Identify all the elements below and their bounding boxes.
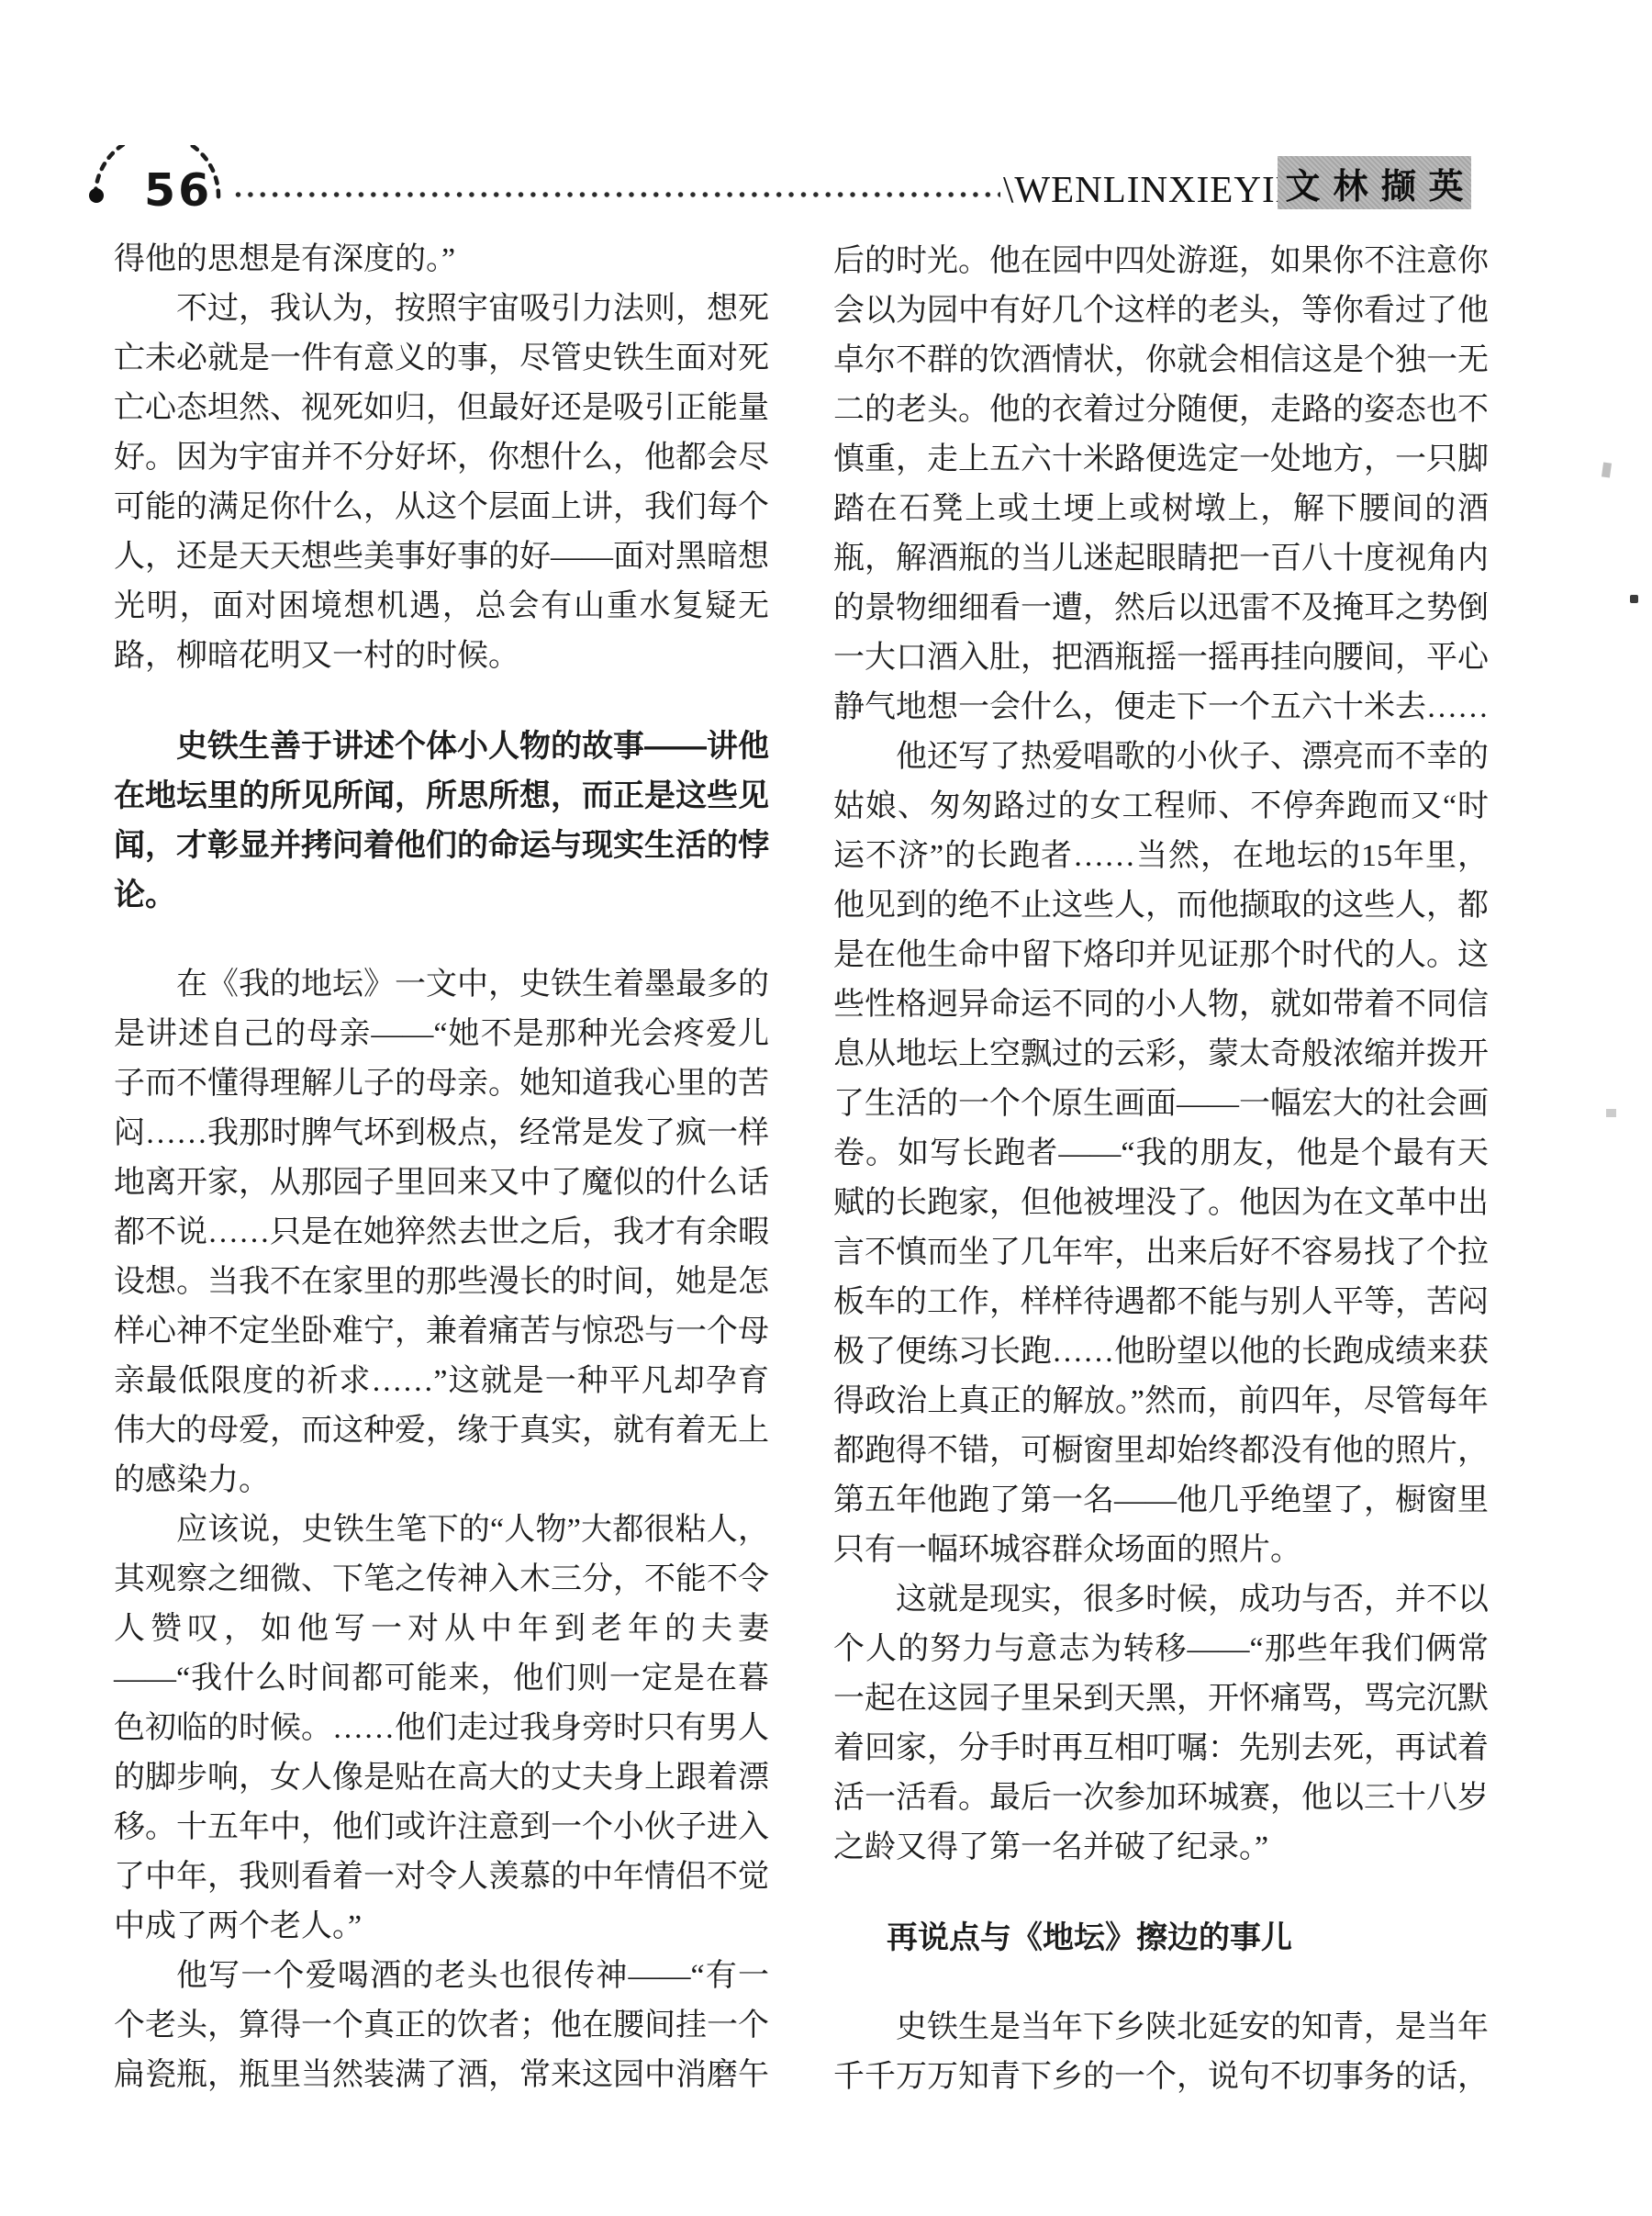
paragraph: 应该说，史铁生笔下的“人物”大都很粘人，其观察之细微、下笔之传神入木三分，不能不… (114, 1505, 769, 1952)
paragraph: 他还写了热爱唱歌的小伙子、漂亮而不幸的姑娘、匆匆路过的女工程师、不停奔跑而又“时… (833, 733, 1489, 1575)
dotted-leader (235, 191, 1000, 198)
magazine-page: 56 \WENLINXIEYING 文林撷英 得他的思想是有深度的。”不过，我认… (0, 0, 1652, 2216)
page-number: 56 (144, 164, 212, 217)
subheading: 再说点与《地坛》擦边的事儿 (833, 1913, 1489, 1963)
right-column: 后的时光。他在园中四处游逛，如果你不注意你会以为园中有好几个这样的老头，等你看过… (833, 237, 1489, 2102)
paragraph: 这就是现实，很多时候，成功与否，并不以个人的努力与意志为转移——“那些年我们俩常… (833, 1575, 1489, 1873)
paragraph: 得他的思想是有深度的。” (114, 235, 769, 285)
section-title: 文林撷英 (1273, 158, 1477, 208)
paragraph: 不过，我认为，按照宇宙吸引力法则，想死亡未必就是一件有意义的事，尽管史铁生面对死… (114, 285, 769, 681)
scan-artifact (1630, 595, 1638, 603)
paragraph: 他写一个爱喝酒的老头也很传神——“有一个老头，算得一个真正的饮者；他在腰间挂一个… (114, 1952, 769, 2100)
left-column: 得他的思想是有深度的。”不过，我认为，按照宇宙吸引力法则，想死亡未必就是一件有意… (114, 235, 769, 2100)
paragraph: 史铁生是当年下乡陕北延安的知青，是当年千千万万知青下乡的一个，说句不切事务的话， (833, 2003, 1489, 2102)
scan-artifact (1606, 1109, 1616, 1117)
paragraph: 后的时光。他在园中四处游逛，如果你不注意你会以为园中有好几个这样的老头，等你看过… (833, 237, 1489, 733)
section-title-box: 文林撷英 (1278, 156, 1471, 209)
paragraph: 史铁生善于讲述个体小人物的故事——讲他在地坛里的所见所闻，所思所想，而正是这些见… (114, 722, 769, 920)
paragraph: 在《我的地坛》一文中，史铁生着墨最多的是讲述自己的母亲——“她不是那种光会疼爱儿… (114, 960, 769, 1505)
scan-artifact (1602, 462, 1612, 477)
